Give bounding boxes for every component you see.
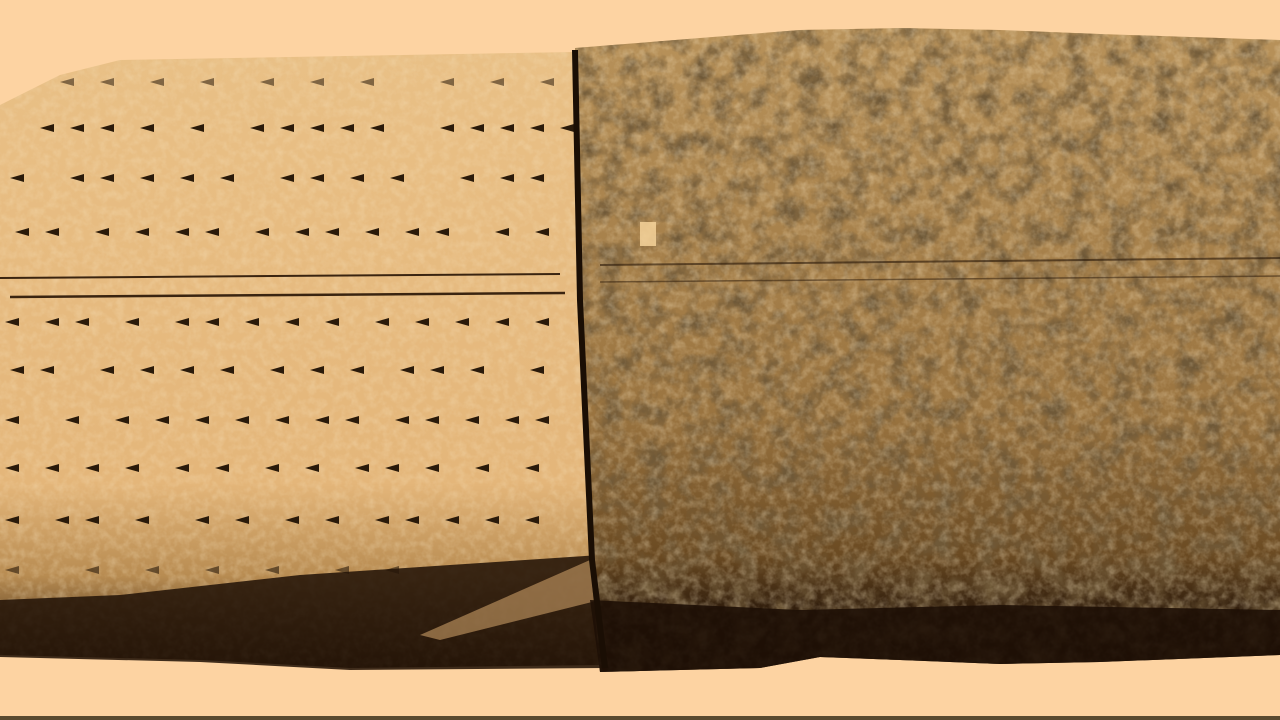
bottom-edge [0, 716, 1280, 720]
left-fragment [0, 40, 610, 680]
tablet-photo [0, 0, 1280, 720]
right-fragment [570, 20, 1280, 680]
cuneiform-tablet-image [0, 0, 1280, 720]
